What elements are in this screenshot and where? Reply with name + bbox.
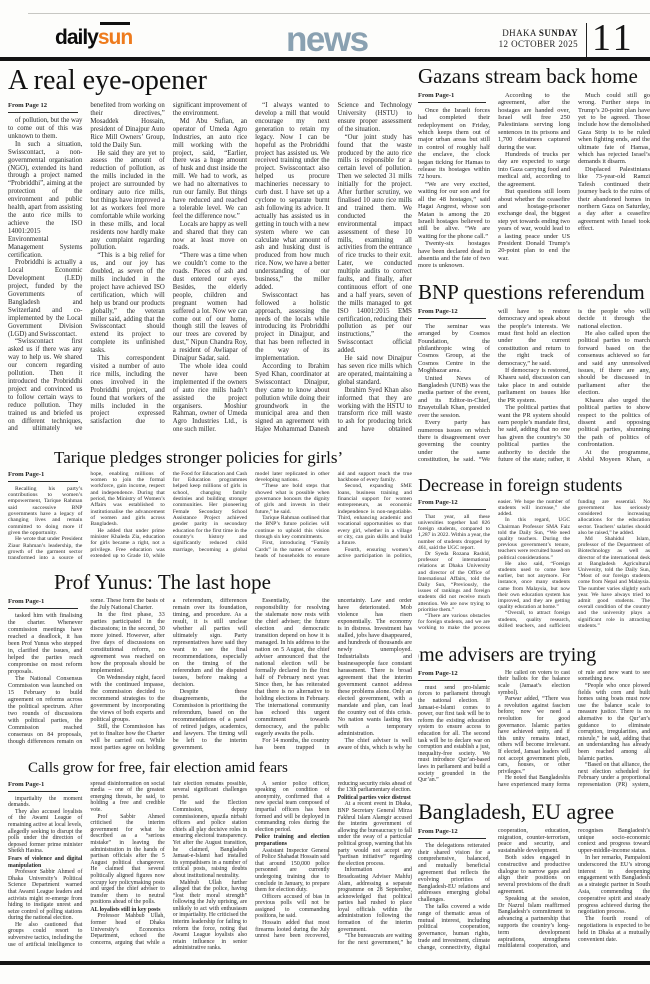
article-paragraph: Md Abu Sufian, an operator of Umeda Agro… (173, 118, 247, 221)
section-title: news (286, 22, 368, 57)
headline: BNP questions referendum (418, 282, 650, 304)
headline: Tarique pledges stronger policies for gi… (54, 449, 412, 467)
newspaper-page: dailysun news DHAKA SUNDAY 12 OCTOBER 20… (0, 0, 650, 984)
article-paragraph: Despite these disagreements, the Commiss… (173, 689, 247, 752)
article-paragraph: “People who once plowed fields with corn… (578, 683, 650, 762)
from-page-line: From Page-1 (8, 471, 78, 482)
article-paragraph: Twenty-six hostages have been declared d… (418, 240, 490, 270)
article-paragraph: Assistant Inspector General of Police Sh… (255, 848, 329, 894)
from-page-line: From Page-1 (8, 781, 78, 792)
article-paragraph: The fourth round of negotiations is expe… (578, 916, 650, 943)
article-paragraph: In such a situation, Swisscontact, a non… (8, 141, 82, 260)
dateline: DHAKA SUNDAY 12 OCTOBER 2025 (462, 28, 578, 49)
article-paragraph: He said they are yet to assess the amoun… (90, 150, 164, 253)
article-paragraph: In this regard, UGC Chairman Professor S… (498, 517, 570, 560)
article-paragraph: Both sides engaged in constructive and p… (498, 855, 570, 896)
article-body: From Page-12 must send pro-Islamic force… (418, 670, 650, 792)
article-paragraph: In the first phase, 33 parties participa… (90, 612, 164, 675)
article-paragraph: The delegations reiterated their shared … (418, 843, 490, 904)
daily-sun-logo: dailysun (55, 27, 132, 48)
dateline-city-day: DHAKA SUNDAY (462, 28, 578, 39)
dateline-date: 12 OCTOBER 2025 (462, 39, 578, 50)
article-paragraph: The seminar was arranged by Cosmos Found… (418, 323, 490, 375)
article-paragraph: Tarique Rahman outlined that the BNP’s f… (255, 515, 329, 540)
headline: Bangladesh, EU agree (418, 801, 650, 824)
article-subhead: Political parties voice distrust (338, 795, 412, 802)
article-paragraph: In her remarks, Pampaloni underscored th… (578, 855, 650, 916)
article-real-eye-opener: A real eye-opener From Page 12 of pollut… (8, 66, 412, 447)
article-paragraph: of pollution, but the way to come out of… (8, 117, 82, 141)
article-paragraph: Much could still go wrong. Further steps… (578, 92, 650, 166)
article-paragraph: Essentially, the responsibility for reso… (255, 598, 329, 738)
article-body: From Page-12 The seminar was arranged by… (418, 308, 650, 468)
article-paragraph: If democracy is restored, Khasru said, d… (498, 367, 570, 404)
article-body: From Page-1 Recalling his party’s contri… (8, 471, 412, 566)
article-paragraph: “This is a big relief for us, and our jo… (90, 252, 164, 355)
article-body: From Page-1 Once the Israeli forces had … (418, 92, 650, 274)
article-paragraph: Mahbub Ullah further alleged that the po… (173, 880, 247, 953)
article-paragraph: He said the Election Commission, deputy … (173, 800, 247, 879)
top-hairline (28, 13, 650, 14)
from-page-line: From Page-12 (418, 499, 486, 510)
article-paragraph: Second, expanding SME loans, business tr… (338, 483, 412, 546)
article-bnp-questions-referendum: BNP questions referendum From Page-12 Th… (418, 282, 650, 474)
article-body: From Page-12 That year, all these univer… (418, 499, 650, 635)
article-body: From Page 12 of pollution, but the way t… (8, 102, 412, 440)
article-some-advisers-trying: Some advisers are trying From Page-12 mu… (418, 645, 650, 798)
headline: Calls grow for free, fair election amid … (28, 761, 412, 777)
article-paragraph: Prof Sabbir Ahmed criticised the interim… (90, 814, 164, 906)
article-paragraph: Hundreds of trucks per day are expected … (498, 151, 570, 188)
article-paragraph: “We are very excited, waiting for our so… (418, 181, 490, 240)
article-decrease-foreign-students: Decrease in foreign students From Page-1… (418, 476, 650, 643)
article-paragraph: That year, all these universities togeth… (418, 514, 490, 551)
article-paragraph: He also called upon the political partie… (578, 330, 650, 397)
article-body: From Page-1 impartiality the moment dema… (8, 781, 412, 953)
article-paragraph: Information and Broadcasting Adviser Mah… (338, 867, 412, 933)
article-paragraph: tasked him with finalising the charter. … (8, 613, 82, 676)
article-paragraph: Officers accused of bias in previous pol… (255, 894, 329, 920)
article-tarique-pledges-policies: Tarique pledges stronger policies for gi… (8, 449, 412, 570)
article-bangladesh-eu-agree: Bangladesh, EU agree From Page-12 The de… (418, 801, 650, 959)
from-page-line: From Page-1 (418, 92, 486, 103)
page-number-divider (586, 23, 587, 58)
from-page-line: From Page 12 (8, 102, 78, 113)
article-paragraph: At a recent event in Dhaka, BNP Secretar… (338, 801, 412, 867)
article-paragraph: He also said, “Foreign students used to … (498, 561, 570, 611)
article-subhead: Fears of violence and digital manipulati… (8, 856, 82, 869)
from-page-line: From Page-12 (418, 670, 486, 681)
article-paragraph: Once the Israeli forces had completed th… (418, 107, 490, 181)
article-paragraph: According to the agreement, after the ho… (498, 92, 570, 151)
article-subhead: Police training and election preparation… (255, 834, 329, 847)
article-paragraph: But questions still loom about whether t… (498, 188, 570, 262)
article-paragraph: Locals are happy as well and shared that… (173, 221, 247, 253)
logo-daily-text: daily (55, 26, 98, 49)
headline: Some advisers are trying (418, 645, 650, 666)
headline: Gazans stream back home (418, 66, 650, 88)
article-paragraph: On Wednesday night, faced with the conti… (90, 675, 164, 724)
article-paragraph: Probriddhi is actually a Local Economic … (8, 259, 82, 338)
article-body: From Page-12 The delegations reiterated … (418, 828, 650, 952)
article-paragraph: “Our joint study has found that the wast… (338, 134, 412, 355)
article-calls-grow-fair-election: Calls grow for free, fair election amid … (8, 761, 412, 959)
logo-tagline-bar (100, 22, 130, 25)
article-paragraph: Khasru also urged the political parties … (578, 397, 650, 449)
masthead-rule (0, 57, 650, 61)
article-paragraph: Displaced Palestinians like 73-year-old … (578, 166, 650, 233)
logo-sun-text: sun (98, 26, 132, 49)
article-prof-yunus-last-hope: Prof Yunus: The last hope From Page-1 ta… (8, 572, 412, 759)
article-paragraph: must send pro-Islamic forces to parliame… (418, 685, 490, 784)
article-paragraph: Md Shahidul Islam, professor of the Depa… (578, 536, 650, 629)
article-paragraph: They also accused loyalists of the Awami… (8, 809, 82, 855)
article-paragraph: “I always wanted to develop a mill that … (255, 102, 329, 292)
bottom-page-rule (0, 961, 650, 965)
from-page-line: From Page-1 (8, 598, 78, 609)
article-paragraph: “There was a time when we couldn’t come … (173, 252, 247, 363)
article-paragraph: He called on voters to cast their ballot… (498, 670, 570, 696)
headline: Prof Yunus: The last hope (54, 572, 412, 594)
headline: A real eye-opener (8, 66, 412, 95)
article-body: From Page-1 tasked him with finalising t… (8, 598, 412, 754)
article-paragraph: Recalling his party’s contributions to w… (8, 486, 82, 537)
article-paragraph: He said now Dinajpur has seven rice mill… (338, 355, 412, 387)
article-paragraph: Parwar added, “There was a revolution ag… (498, 696, 570, 775)
article-paragraph: The whole idea could never have been imp… (173, 363, 247, 434)
headline: Decrease in foreign students (418, 476, 650, 495)
article-paragraph: Swisscontact has followed a holistic app… (255, 292, 329, 363)
article-paragraph: A senior police officer, speaking on con… (255, 781, 329, 834)
article-paragraph: Professor Sabbir Ahmed of Dhaka Universi… (8, 869, 82, 922)
from-page-line: From Page-12 (418, 308, 486, 319)
article-paragraph: Dr Syeda Rozana Rashid, professor of int… (418, 551, 490, 613)
page-number: 11 (592, 18, 635, 58)
from-page-line: From Page-12 (418, 828, 486, 839)
article-gazans-stream-back-home: Gazans stream back home From Page-1 Once… (418, 66, 650, 280)
article-paragraph: “These are bold steps that showed what i… (255, 483, 329, 515)
article-paragraph: impartiality the moment demands. (8, 796, 82, 809)
article-paragraph: United News of Bangladesh (UNB) was the … (418, 375, 490, 419)
